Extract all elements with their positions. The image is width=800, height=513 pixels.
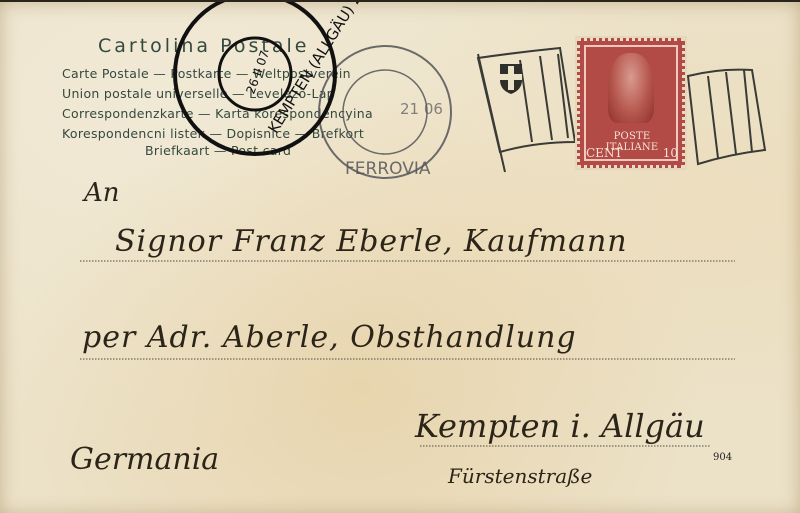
address-salutation: An (84, 178, 120, 208)
address-country: Germania (70, 442, 219, 477)
address-line-1: Signor Franz Eberle, Kaufmann (115, 224, 628, 259)
kempten-postmark-date: 26 II 07 (243, 49, 272, 96)
address-line-3: Kempten i. Allgäu (415, 407, 705, 445)
savoy-shield-icon (500, 64, 522, 94)
king-portrait-icon (608, 53, 654, 123)
railway-postmark-text: FERROVIA (345, 159, 431, 179)
address-line-2: per Adr. Aberle, Obsthandlung (82, 320, 577, 355)
stamp-value: 10 (663, 146, 678, 160)
postcard-back: Cartolina Postale Carte Postale — Postka… (0, 0, 800, 513)
address-line-4: Fürstenstraße (448, 464, 592, 488)
stamp-denomination: CENT 10 (586, 146, 678, 160)
postage-stamp: POSTE ITALIANE CENT 10 (577, 38, 685, 168)
print-number: 904 (713, 452, 732, 463)
railway-postmark-date: 21 06 (400, 100, 443, 118)
flag-wave-icon (688, 70, 765, 164)
flag-cancel-icon (478, 48, 575, 172)
stamp-cent-label: CENT (586, 146, 622, 160)
